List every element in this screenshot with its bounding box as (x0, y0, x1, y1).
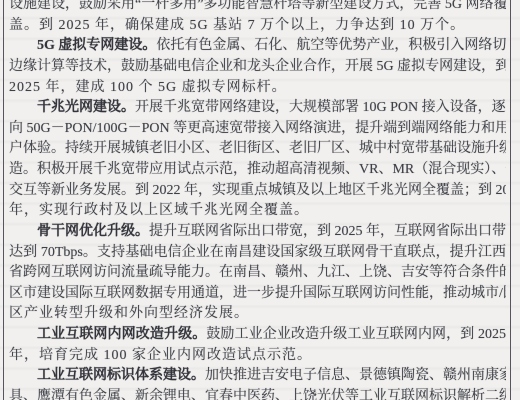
line-text: 依托有色金属、石化、航空等优势产业，积极引入网络切片、 (156, 38, 506, 53)
text-line: 年，培育完成 100 家企业内网改造试点示范。 (9, 346, 506, 367)
text-line: 交互等新业务发展。到 2022 年，实现重点城镇及以上地区千兆光网全覆盖；到 2… (9, 181, 506, 202)
text-line: 千兆光网建设。开展千兆宽带网络建设，大规模部署 10G PON 接入设备，逐步 (9, 98, 506, 119)
line-text: 省跨网互联网访问流量疏导能力。在南昌、赣州、九江、上饶、吉安等符合条件的设 (9, 265, 506, 280)
line-text: 2025 年，建成 100 个 5G 虚拟专网标杆。 (9, 80, 287, 95)
paragraph-lead: 千兆光网建设。 (37, 100, 135, 115)
text-line: 工业互联网内网改造升级。鼓励工业企业改造升级工业互联网内网，到 2025 (9, 325, 506, 346)
text-line: 骨干网优化升级。提升互联网省际出口带宽，到 2025 年，互联网省际出口带宽 (9, 222, 506, 243)
line-text: 向 50G－PON/100G－PON 等更高速宽带接入网络演进，提升端到端网络能… (9, 121, 506, 136)
line-text: 加快推进吉安电子信息、景德镇陶瓷、赣州南康家 (205, 368, 506, 383)
line-text: 鼓励工业企业改造升级工业互联网内网，到 2025 (206, 327, 506, 342)
text-line: 年，实现行政村及以上区域千兆光网全覆盖。 (9, 201, 506, 222)
line-text: 年，实现行政村及以上区域千兆光网全覆盖。 (9, 203, 309, 218)
scanned-document-page: 设施建设，鼓励采用“一杆多用”多功能智慧杆塔等新型建设方式，完善 5G 网络覆 … (0, 0, 520, 400)
line-text: 区产业转型升级和外向型经济发展。 (9, 306, 249, 321)
text-line: 区产业转型升级和外向型经济发展。 (9, 304, 506, 325)
text-line: 工业互联网标识体系建设。加快推进吉安电子信息、景德镇陶瓷、赣州南康家 (9, 366, 506, 387)
text-line: 户体验。持续开展城镇老旧小区、老旧街区、老旧厂区、城中村宽带基础设施升级改 (9, 139, 506, 160)
text-line: 区市建设国际互联网数据专用通道，进一步提升国际互联网访问性能，推动城市/园 (9, 284, 506, 305)
text-line: 造。积极开展千兆宽带应用试点示范，推动超高清视频、VR、MR（混合现实）、全息 (9, 160, 506, 181)
line-text: 年，培育完成 100 家企业内网改造试点示范。 (9, 348, 312, 363)
line-text: 开展千兆宽带网络建设，大规模部署 10G PON 接入设备，逐步 (135, 100, 506, 115)
line-text: 边缘计算等技术，鼓励基础电信企业和龙头企业合作，开展 5G 虚拟专网建设，到 (9, 59, 506, 74)
line-text: 盖。到 2025 年，确保建成 5G 基站 7 万个以上，力争达到 10 万个。 (9, 18, 465, 33)
paragraph-lead: 工业互联网内网改造升级。 (37, 327, 206, 342)
text-line: 边缘计算等技术，鼓励基础电信企业和龙头企业合作，开展 5G 虚拟专网建设，到 (9, 57, 506, 78)
text-line: 设施建设，鼓励采用“一杆多用”多功能智慧杆塔等新型建设方式，完善 5G 网络覆 (9, 0, 506, 16)
paragraph-lead: 工业互联网标识体系建设。 (37, 368, 205, 383)
line-text: 具、鹰潭有色金属、新余锂电、宜春中医药、上饶光伏等工业互联网标识解析二级节 (9, 389, 506, 400)
line-text: 达到 70Tbps。支持基础电信企业在南昌建设国家级互联网骨干直联点，提升江西 (9, 245, 506, 260)
text-line: 向 50G－PON/100G－PON 等更高速宽带接入网络演进，提升端到端网络能… (9, 119, 506, 140)
text-line: 具、鹰潭有色金属、新余锂电、宜春中医药、上饶光伏等工业互联网标识解析二级节 (9, 387, 506, 400)
line-text: 提升互联网省际出口带宽，到 2025 年，互联网省际出口带宽 (149, 224, 506, 239)
paragraph-lead: 骨干网优化升级。 (37, 224, 149, 239)
paragraph-lead: 5G 虚拟专网建设。 (37, 38, 156, 53)
text-line: 达到 70Tbps。支持基础电信企业在南昌建设国家级互联网骨干直联点，提升江西 (9, 243, 506, 264)
text-line: 省跨网互联网访问流量疏导能力。在南昌、赣州、九江、上饶、吉安等符合条件的设 (9, 263, 506, 284)
line-text: 户体验。持续开展城镇老旧小区、老旧街区、老旧厂区、城中村宽带基础设施升级改 (9, 141, 506, 156)
page-left-rule-line (3, 0, 5, 400)
line-text: 造。积极开展千兆宽带应用试点示范，推动超高清视频、VR、MR（混合现实）、全息 (9, 162, 506, 177)
line-text: 交互等新业务发展。到 2022 年，实现重点城镇及以上地区千兆光网全覆盖；到 2… (9, 183, 506, 198)
line-text: 区市建设国际互联网数据专用通道，进一步提升国际互联网访问性能，推动城市/园 (9, 286, 506, 301)
page-right-rule-line (510, 0, 512, 400)
text-line: 2025 年，建成 100 个 5G 虚拟专网标杆。 (9, 78, 506, 99)
line-text: 设施建设，鼓励采用“一杆多用”多功能智慧杆塔等新型建设方式，完善 5G 网络覆 (9, 0, 506, 12)
document-text-block: 设施建设，鼓励采用“一杆多用”多功能智慧杆塔等新型建设方式，完善 5G 网络覆 … (9, 0, 506, 400)
text-line: 5G 虚拟专网建设。依托有色金属、石化、航空等优势产业，积极引入网络切片、 (9, 36, 506, 57)
text-line: 盖。到 2025 年，确保建成 5G 基站 7 万个以上，力争达到 10 万个。 (9, 16, 506, 37)
